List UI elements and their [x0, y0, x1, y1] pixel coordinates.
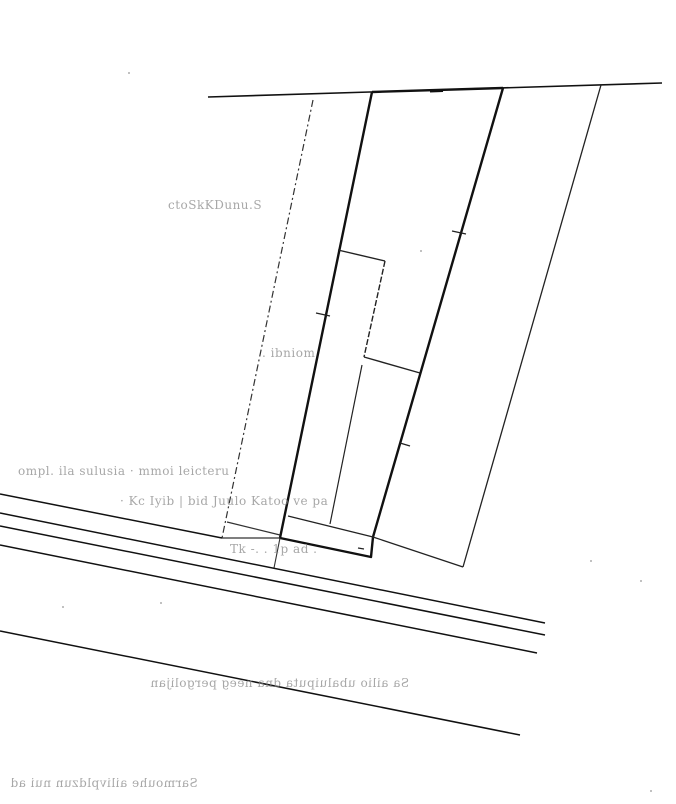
- doc-text-mid: . ibniom: [262, 346, 315, 360]
- scan-speck: [420, 250, 422, 252]
- scan-speck: [640, 580, 642, 582]
- doc-text-bottom: Sarmouhe ailivpldzun nui ad: [10, 776, 198, 790]
- scan-speck: [128, 72, 130, 74]
- doc-text-lower-mirrored: Sa ailio ubaluiputa dna neeg pergolijan: [150, 676, 409, 690]
- doc-text-top: ctoSkKDunu.S: [168, 198, 262, 212]
- boundary-tick-marks: [316, 231, 466, 549]
- scan-speck: [62, 606, 64, 608]
- main-parcel-outline: [280, 88, 503, 557]
- doc-text-lower: Sa ailio ubaluiputa dna neeg pergolijan: [150, 676, 409, 690]
- doc-text-row2: · Kc Iyib | bid Juulo Katoo ve pa: [120, 494, 328, 508]
- doc-text-bottom-mirrored: Sarmouhe ailivpldzun nui ad: [10, 776, 198, 790]
- road-lines: [0, 494, 545, 735]
- right-neighbor-parcel-line: [288, 85, 601, 567]
- doc-text-row1: ompl. ila sulusia · mmoi leicteru: [18, 464, 229, 478]
- scan-speck: [160, 602, 162, 604]
- scan-speck: [650, 790, 652, 792]
- scan-speck: [590, 560, 592, 562]
- doc-text-row3: Tk -. . 1p ad .: [230, 542, 318, 556]
- building-outline: [330, 250, 420, 524]
